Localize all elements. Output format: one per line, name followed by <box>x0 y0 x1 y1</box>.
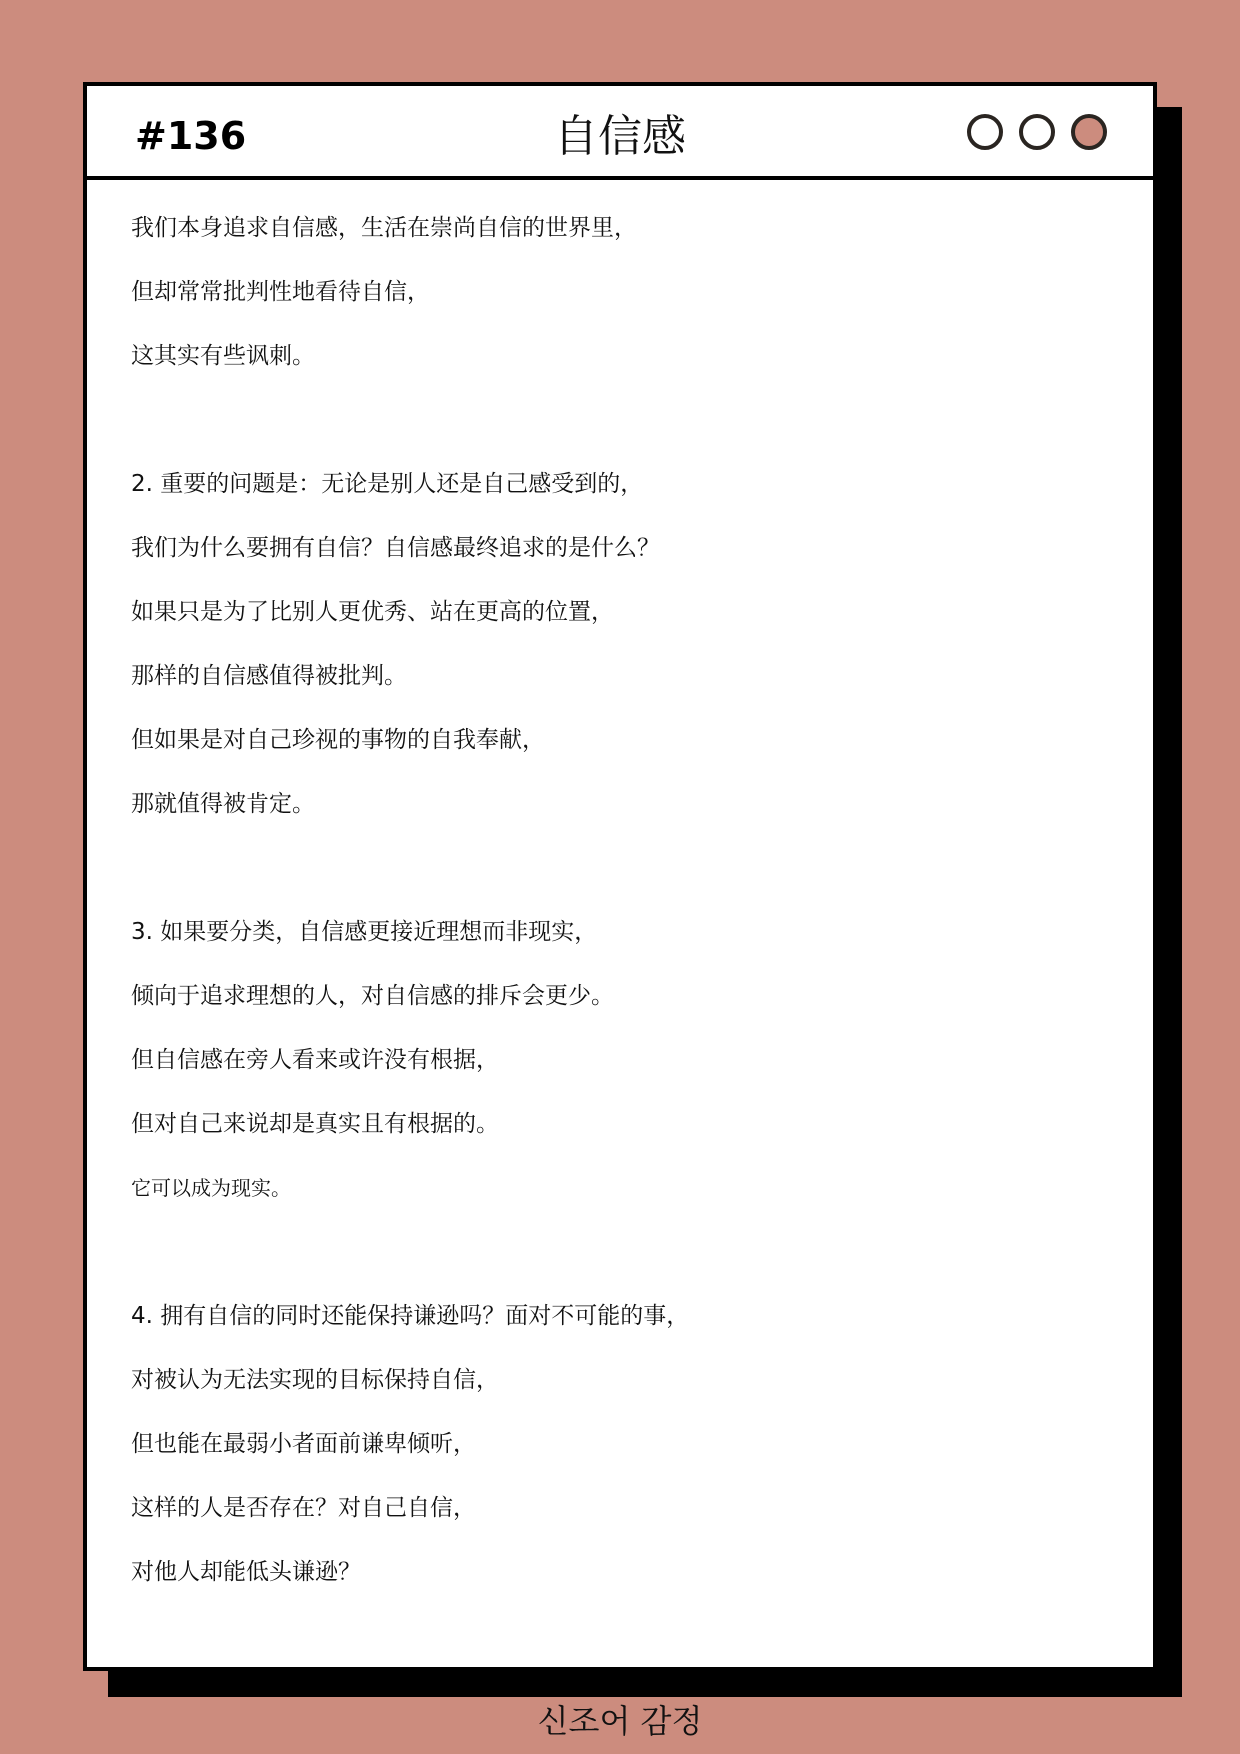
text-line: 我们本身追求自信感，生活在崇尚自信的世界里， <box>131 212 1153 244</box>
paragraph-1: 我们本身追求自信感，生活在崇尚自信的世界里， 但却常常批判性地看待自信， 这其实… <box>131 212 1153 372</box>
text-line: 对他人却能低头谦逊？ <box>131 1556 1153 1588</box>
text-line: 这其实有些讽刺。 <box>131 340 1153 372</box>
text-line: 但却常常批判性地看待自信， <box>131 276 1153 308</box>
text-line: 3. 如果要分类，自信感更接近理想而非现实， <box>131 916 1153 948</box>
text-line: 但也能在最弱小者面前谦卑倾听， <box>131 1428 1153 1460</box>
text-line: 如果只是为了比别人更优秀、站在更高的位置， <box>131 596 1153 628</box>
text-line: 那样的自信感值得被批判。 <box>131 660 1153 692</box>
text-line: 对被认为无法实现的目标保持自信， <box>131 1364 1153 1396</box>
text-line: 4. 拥有自信的同时还能保持谦逊吗？面对不可能的事， <box>131 1300 1153 1332</box>
text-line: 2. 重要的问题是：无论是别人还是自己感受到的， <box>131 468 1153 500</box>
text-line: 但自信感在旁人看来或许没有根据， <box>131 1044 1153 1076</box>
card-body: 我们本身追求自信感，生活在崇尚自信的世界里， 但却常常批判性地看待自信， 这其实… <box>87 180 1153 1588</box>
text-line: 它可以成为现实。 <box>131 1172 1153 1204</box>
text-line: 我们为什么要拥有自信？自信感最终追求的是什么？ <box>131 532 1153 564</box>
text-line: 但如果是对自己珍视的事物的自我奉献， <box>131 724 1153 756</box>
paragraph-2: 2. 重要的问题是：无论是别人还是自己感受到的， 我们为什么要拥有自信？自信感最… <box>131 468 1153 820</box>
card-header: #136 自信感 <box>87 86 1153 180</box>
window-dots <box>967 114 1107 150</box>
filled-circle-icon <box>1071 114 1107 150</box>
note-card: #136 自信感 我们本身追求自信感，生活在崇尚自信的世界里， 但却常常批判性地… <box>83 82 1157 1671</box>
text-line: 但对自己来说却是真实且有根据的。 <box>131 1108 1153 1140</box>
paragraph-4: 4. 拥有自信的同时还能保持谦逊吗？面对不可能的事， 对被认为无法实现的目标保持… <box>131 1300 1153 1588</box>
text-line: 这样的人是否存在？对自己自信， <box>131 1492 1153 1524</box>
circle-icon <box>1019 114 1055 150</box>
text-line: 倾向于追求理想的人，对自信感的排斥会更少。 <box>131 980 1153 1012</box>
text-line: 那就值得被肯定。 <box>131 788 1153 820</box>
paragraph-3: 3. 如果要分类，自信感更接近理想而非现实， 倾向于追求理想的人，对自信感的排斥… <box>131 916 1153 1204</box>
circle-icon <box>967 114 1003 150</box>
footer-caption: 신조어 감정 <box>0 1696 1240 1742</box>
